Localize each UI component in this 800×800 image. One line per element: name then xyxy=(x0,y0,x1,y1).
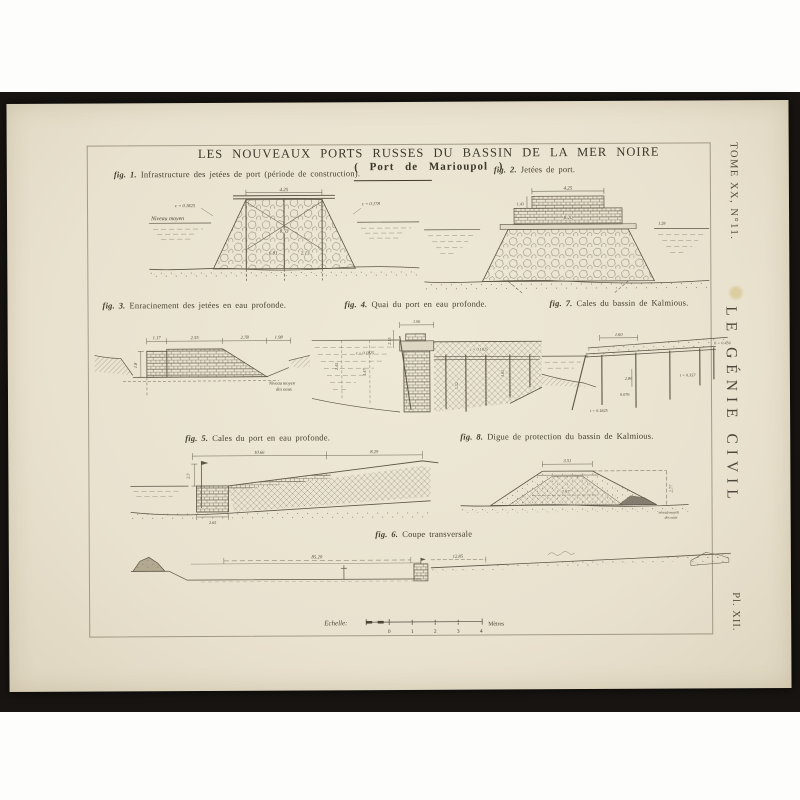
fig4-caption: fig. 4.Quai du port en eau profonde. xyxy=(344,299,486,310)
fig2-number: fig. 2. xyxy=(494,164,517,174)
fig4-dim-4: 4.47 xyxy=(362,368,367,376)
fig3-dim-2: 2.55 xyxy=(191,335,200,340)
fig2-caption: fig. 2.Jetées de port. xyxy=(494,164,575,174)
fig7-caption-text: Cales du bassin de Kalmious. xyxy=(576,297,688,308)
fig2-drawing: 4.25 1.43 8.20 1.28 xyxy=(424,180,710,293)
fig7-deck-piles xyxy=(572,346,716,410)
fig5-slipway xyxy=(196,461,438,512)
fig7-dim-6: t = 0.1825 xyxy=(590,408,608,413)
fig6-caption-text: Coupe transversale xyxy=(402,529,472,539)
fig4-backfill xyxy=(434,341,542,412)
fig1-jetty-body xyxy=(213,195,355,281)
fig5-dimensions-top xyxy=(192,451,422,460)
fig1-c-right: c = 0.178 xyxy=(362,201,381,206)
fig8-caption-text: Digue de protection du bassin de Kalmiou… xyxy=(487,431,653,442)
scale-label: Echelle: xyxy=(323,619,347,627)
fig5-dim-2: 8.29 xyxy=(370,449,379,454)
scanned-plate-photo: LES NOUVEAUX PORTS RUSSES DU BASSIN DE L… xyxy=(0,0,800,800)
fig1-drawing: 4.25 Niveau moyen c = 0.1825 c = 0.178 8… xyxy=(149,186,420,287)
scale-bar: Echelle: 0 1 2 3 4 Mètres xyxy=(314,611,524,640)
fig3-caption-text: Enracinement des jetées en eau profonde. xyxy=(129,300,286,311)
fig7-dim-3: t = 0.357 xyxy=(680,372,696,377)
fig5-caption-text: Cales du port en eau profonde. xyxy=(212,432,330,443)
photo-black-background: LES NOUVEAUX PORTS RUSSES DU BASSIN DE L… xyxy=(0,92,800,712)
fig1-niveau-label: Niveau moyen xyxy=(150,216,184,222)
fig4-dim-3: 2.45 xyxy=(334,363,339,370)
fig6-left-mound xyxy=(133,557,165,571)
fig3-dim-5: 1.8 xyxy=(133,362,138,368)
fig2-dim-right: 1.28 xyxy=(658,221,666,226)
fig7-drawing: 1.60 b = 0.456 t = 0.357 2.80 0.076 t = … xyxy=(542,323,732,416)
fig8-dike xyxy=(490,471,656,506)
fig7-water xyxy=(542,356,596,387)
fig4-dim-6: 5.52 xyxy=(454,382,459,389)
plate-paper: LES NOUVEAUX PORTS RUSSES DU BASSIN DE L… xyxy=(6,100,791,692)
fig4-c-1: c = 0.1825 xyxy=(356,350,374,355)
journal-title: LE GÉNIE CIVIL xyxy=(722,306,741,505)
fig4-c-2: c = 0.1825 xyxy=(470,347,488,352)
fig4-dim-1: 1.06 xyxy=(413,319,421,324)
fig2-ground xyxy=(424,280,709,294)
fig8-niveau-2: des eaux xyxy=(665,516,678,520)
fig6-right-terrain xyxy=(431,551,731,573)
fig5-number: fig. 5. xyxy=(185,433,208,443)
fig8-number: fig. 8. xyxy=(460,432,483,442)
scale-tick-1: 1 xyxy=(411,629,414,635)
fig6-quay-wall xyxy=(414,558,428,581)
fig3-drawing: 1.17 2.55 2.78 1.98 1.8 Niveau moyen des… xyxy=(95,320,310,406)
fig3-mound xyxy=(147,349,267,378)
fig8-niveau-1: niveau moyen xyxy=(659,511,680,515)
scale-tick-0: 0 xyxy=(388,629,391,635)
fig6-dim-1: 85.20 xyxy=(311,555,322,560)
fig8-dim-1: 3.51 xyxy=(563,458,571,463)
fig5-water xyxy=(130,486,188,496)
fig5-dim-4: 2.65 xyxy=(209,520,216,525)
fig8-dim-3: 2.77 xyxy=(668,484,673,493)
fig4-dim-5: 4.85 xyxy=(500,370,505,377)
fig6-dimensions xyxy=(224,557,486,564)
scale-unit: Mètres xyxy=(488,621,505,627)
fig3-dim-4: 1.98 xyxy=(275,335,284,340)
fig8-dim-2: 2.97 xyxy=(561,489,570,494)
fig7-dim-1: 1.60 xyxy=(615,332,624,337)
tome-number: TOME XX, N°11. xyxy=(728,142,740,240)
fig5-drawing: 10.66 8.29 2.3 2.65 xyxy=(130,445,438,527)
plate-number: Pl. XII. xyxy=(730,592,741,631)
fig4-seabed xyxy=(312,398,400,412)
fig4-drawing: 1.06 2.15 2.45 4.47 c = 0.1825 c = 0.182… xyxy=(312,309,543,418)
scale-tick-4: 4 xyxy=(480,629,483,635)
fig7-number: fig. 7. xyxy=(549,298,572,308)
fig3-niveau-1: Niveau moyen xyxy=(268,381,296,386)
fig3-niveau-2: des eaux xyxy=(276,387,292,392)
fig6-drawing: 85.20 12.85 xyxy=(131,538,731,585)
fig3-dim-1: 1.17 xyxy=(153,335,162,340)
fig4-dim-2: 2.15 xyxy=(387,337,392,344)
fig7-dim-4: 2.80 xyxy=(625,376,633,381)
fig2-jetty-body xyxy=(482,196,654,282)
fig1-c-left: c = 0.1825 xyxy=(175,203,196,208)
fig1-dim-top: 4.25 xyxy=(280,188,289,193)
fig2-caption-text: Jetées de port. xyxy=(521,164,575,174)
fig7-dim-5: 0.076 xyxy=(620,392,630,397)
fig6-caption: fig. 6.Coupe transversale xyxy=(339,528,509,539)
fig8-caption: fig. 8.Digue de protection du bassin de … xyxy=(460,431,653,442)
fig5-dim-1: 10.66 xyxy=(254,450,265,455)
fig1-number: fig. 1. xyxy=(114,169,137,179)
fig1-dim-a2: 6.81 xyxy=(269,252,278,257)
fig4-number: fig. 4. xyxy=(344,299,367,309)
fig5-caption: fig. 5.Cales du port en eau profonde. xyxy=(185,432,330,443)
fig7-caption: fig. 7.Cales du bassin de Kalmious. xyxy=(549,297,688,308)
fig6-channel xyxy=(131,563,421,583)
fig2-dim-left: 1.43 xyxy=(517,201,524,206)
fig6-number: fig. 6. xyxy=(375,529,398,539)
scale-bar-line xyxy=(366,619,482,626)
fig1-dim-a1: 8.53 xyxy=(280,230,289,235)
fig8-drawing: 3.51 2.97 2.77 niveau moyen des eaux xyxy=(460,450,688,523)
fig1-caption: fig. 1.Infrastructure des jetées de port… xyxy=(114,168,360,179)
fig1-caption-text: Infrastructure des jetées de port (pério… xyxy=(141,168,360,179)
fig1-dim-a3: 2.13 xyxy=(301,251,310,256)
fig4-quay-wall xyxy=(400,334,434,412)
fig6-dim-2: 12.85 xyxy=(453,554,464,559)
fig5-dim-3: 2.3 xyxy=(185,473,190,478)
fig3-dim-3: 2.78 xyxy=(241,335,250,340)
paper-stain xyxy=(729,286,742,299)
fig2-dim-mid: 8.20 xyxy=(564,216,573,221)
fig2-dim-top: 4.25 xyxy=(564,187,573,192)
fig3-number: fig. 3. xyxy=(102,300,125,310)
fig4-caption-text: Quai du port en eau profonde. xyxy=(371,299,486,310)
fig3-caption: fig. 3.Enracinement des jetées en eau pr… xyxy=(102,300,286,311)
scale-tick-2: 2 xyxy=(434,629,437,635)
scale-tick-3: 3 xyxy=(457,629,460,635)
